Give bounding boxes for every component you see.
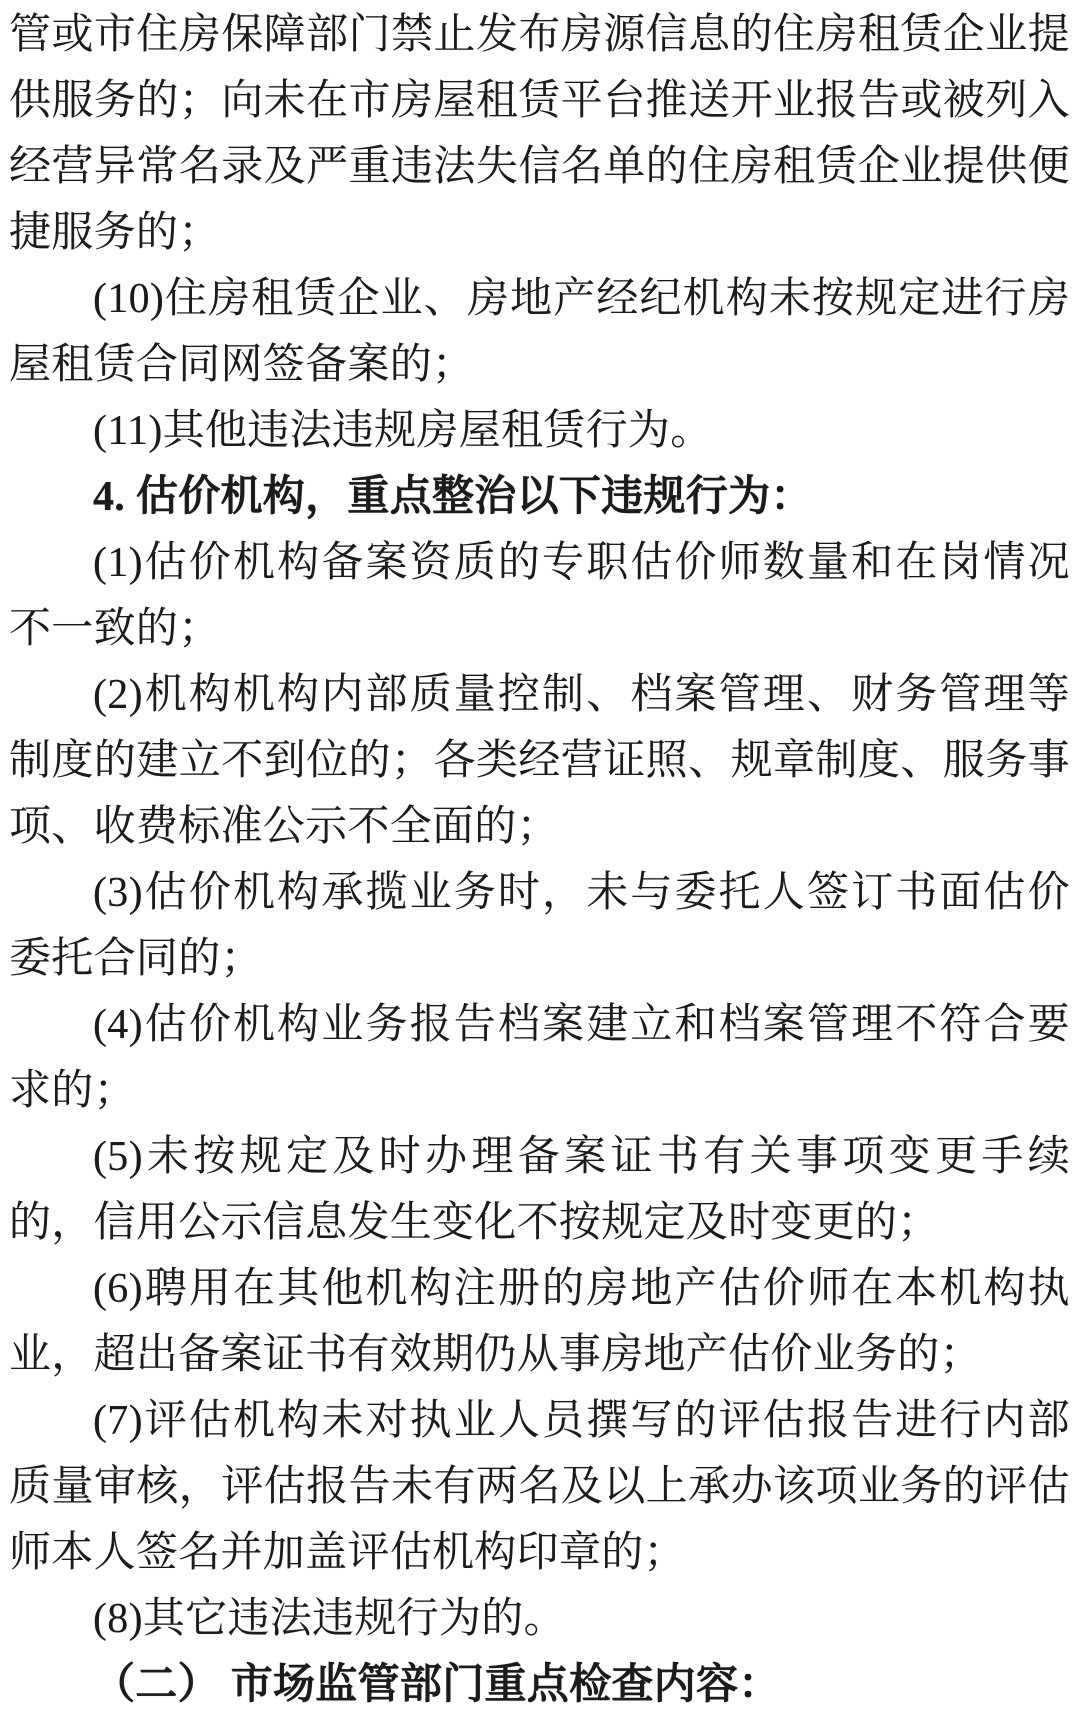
paragraph-1: 管或市住房保障部门禁止发布房源信息的住房租赁企业提供服务的；向未在市房屋租赁平台… — [9, 2, 1070, 266]
paragraph-6: (2)机构机构内部质量控制、档案管理、财务管理等制度的建立不到位的；各类经营证照… — [9, 662, 1070, 860]
paragraph-12: (8)其它违法违规行为的。 — [9, 1586, 1070, 1652]
paragraph-5: (1)估价机构备案资质的专职估价师数量和在岗情况不一致的； — [9, 530, 1070, 662]
paragraph-9: (5)未按规定及时办理备案证书有关事项变更手续的，信用公示信息发生变化不按规定及… — [9, 1124, 1070, 1256]
paragraph-10: (6)聘用在其他机构注册的房地产估价师在本机构执业，超出备案证书有效期仍从事房地… — [9, 1256, 1070, 1388]
document-body: 管或市住房保障部门禁止发布房源信息的住房租赁企业提供服务的；向未在市房屋租赁平台… — [9, 2, 1070, 1718]
paragraph-7: (3)估价机构承揽业务时，未与委托人签订书面估价委托合同的； — [9, 860, 1070, 992]
paragraph-3: (11)其他违法违规房屋租赁行为。 — [9, 398, 1070, 464]
document-page: 管或市住房保障部门禁止发布房源信息的住房租赁企业提供服务的；向未在市房屋租赁平台… — [0, 0, 1080, 1722]
paragraph-13: （二） 市场监管部门重点检查内容： — [9, 1652, 1070, 1718]
paragraph-4: 4. 估价机构，重点整治以下违规行为： — [9, 464, 1070, 530]
paragraph-8: (4)估价机构业务报告档案建立和档案管理不符合要求的； — [9, 992, 1070, 1124]
paragraph-11: (7)评估机构未对执业人员撰写的评估报告进行内部质量审核，评估报告未有两名及以上… — [9, 1388, 1070, 1586]
paragraph-2: (10)住房租赁企业、房地产经纪机构未按规定进行房屋租赁合同网签备案的； — [9, 266, 1070, 398]
